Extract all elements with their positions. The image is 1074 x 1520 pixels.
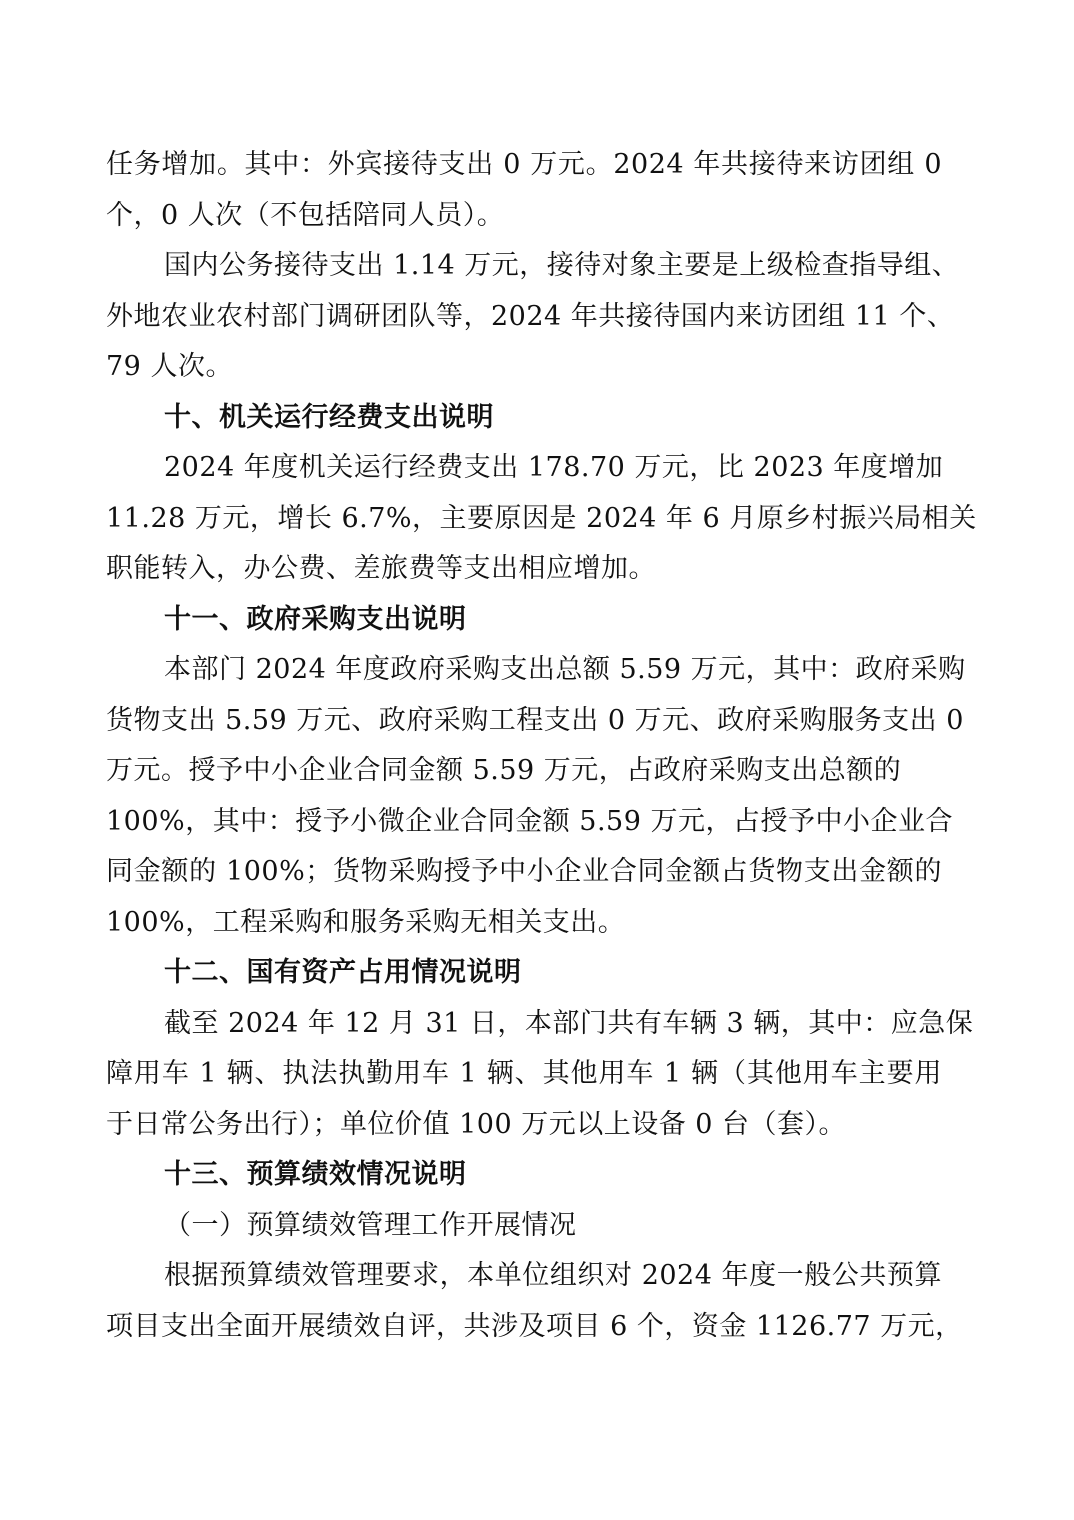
body-line: 万元。授予中小企业合同金额 5.59 万元，占政府采购支出总额的 xyxy=(106,746,942,797)
section-heading-10: 十、机关运行经费支出说明 xyxy=(106,393,942,444)
body-line: 外地农业农村部门调研团队等，2024 年共接待国内来访团组 11 个、 xyxy=(106,292,942,343)
body-line: 于日常公务出行）；单位价值 100 万元以上设备 0 台（套）。 xyxy=(106,1100,942,1151)
body-line: 100%，其中：授予小微企业合同金额 5.59 万元，占授予中小企业合 xyxy=(106,797,942,848)
paragraph-start-line: 国内公务接待支出 1.14 万元，接待对象主要是上级检查指导组、 xyxy=(106,241,942,292)
body-line: 障用车 1 辆、执法执勤用车 1 辆、其他用车 1 辆（其他用车主要用 xyxy=(106,1049,942,1100)
section-heading-12: 十二、国有资产占用情况说明 xyxy=(106,948,942,999)
body-line: 货物支出 5.59 万元、政府采购工程支出 0 万元、政府采购服务支出 0 xyxy=(106,696,942,747)
section-heading-11: 十一、政府采购支出说明 xyxy=(106,595,942,646)
body-line: 100%，工程采购和服务采购无相关支出。 xyxy=(106,898,942,949)
paragraph-start-line: 根据预算绩效管理要求，本单位组织对 2024 年度一般公共预算 xyxy=(106,1251,942,1302)
paragraph-start-line: 截至 2024 年 12 月 31 日，本部门共有车辆 3 辆，其中：应急保 xyxy=(106,999,942,1050)
body-line: 11.28 万元，增长 6.7%，主要原因是 2024 年 6 月原乡村振兴局相… xyxy=(106,494,942,545)
body-line: 同金额的 100%；货物采购授予中小企业合同金额占货物支出金额的 xyxy=(106,847,942,898)
section-heading-13: 十三、预算绩效情况说明 xyxy=(106,1150,942,1201)
paragraph-start-line: 2024 年度机关运行经费支出 178.70 万元，比 2023 年度增加 xyxy=(106,443,942,494)
body-line: 79 人次。 xyxy=(106,342,942,393)
body-line: 职能转入，办公费、差旅费等支出相应增加。 xyxy=(106,544,942,595)
document-page: 任务增加。其中：外宾接待支出 0 万元。2024 年共接待来访团组 0 个，0 … xyxy=(106,140,942,1352)
body-line: 个，0 人次（不包括陪同人员）。 xyxy=(106,191,942,242)
paragraph-start-line: 本部门 2024 年度政府采购支出总额 5.59 万元，其中：政府采购 xyxy=(106,645,942,696)
body-line: 项目支出全面开展绩效自评，共涉及项目 6 个，资金 1126.77 万元， xyxy=(106,1302,942,1353)
body-line: 任务增加。其中：外宾接待支出 0 万元。2024 年共接待来访团组 0 xyxy=(106,140,942,191)
subsection-heading-1: （一）预算绩效管理工作开展情况 xyxy=(106,1201,942,1252)
